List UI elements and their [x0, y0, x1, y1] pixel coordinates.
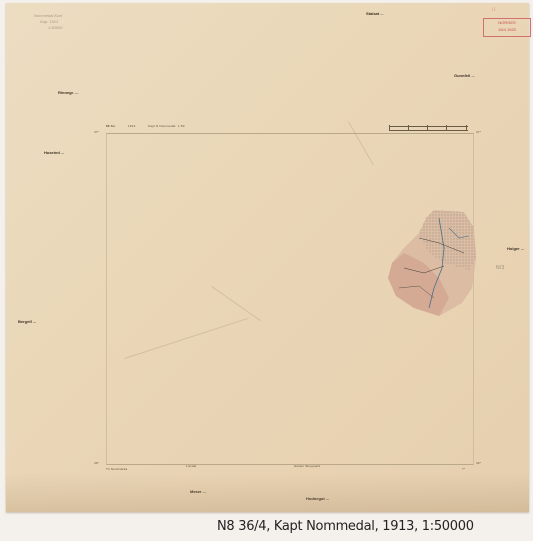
corner-label-top-right: 47° — [476, 130, 481, 134]
archive-stamp: NORGES 16/4 1920 — [483, 18, 531, 37]
neighbour-name-bottom-center: Hodnegut ... — [306, 496, 329, 501]
neighbour-name-left-upper: Huseind ... — [44, 150, 64, 155]
sheet-code: 1913 — [128, 124, 135, 128]
corner-label-bottom-right: 46° — [476, 461, 481, 465]
neighbour-name-top-left: Rinnegr. ... — [58, 90, 78, 95]
stamp-line: 16/4 1920 — [484, 26, 530, 33]
frame-label-bottom-right: 7° — [462, 467, 465, 471]
sheet-number: 86 Sv. — [106, 124, 116, 128]
map-sheet: Nommedal-Kart Kap. 1913 1:50000 [ ] Rinn… — [6, 3, 529, 512]
corner-label-top-left: 47° — [94, 130, 99, 134]
neighbour-name-top-right: Gunnfell ... — [454, 73, 475, 78]
sheet-caption: N8 36/4, Kapt Nommedal, 1913, 1:50000 — [217, 519, 474, 534]
neighbour-name-left-lower: Bergelf ... — [18, 319, 36, 324]
corner-label-bottom-left: 46° — [94, 461, 99, 465]
surveyed-area — [384, 208, 479, 318]
frame-label-bottom-center: Gulder Skogmark — [294, 464, 320, 468]
scale-bar — [389, 126, 468, 131]
frame-label-bottom-left: Til Nordmarka — [106, 467, 127, 471]
neighbour-name-right: Holger ... — [507, 246, 524, 251]
frame-label-bottom-mid: Lierdal — [186, 464, 196, 468]
pencil-note: Nommedal-Kart Kap. 1913 1:50000 — [34, 13, 62, 31]
stamp-line: NORGES — [484, 19, 530, 26]
map-annotation: N/3 — [496, 265, 504, 271]
sheet-author: Kapt N Nommedal — [148, 124, 176, 128]
neighbour-name-bottom-left: Meser ... — [190, 489, 206, 494]
pencil-note-line: 1:50000 — [34, 25, 62, 31]
neighbour-name-top-center: Stalsat ... — [366, 11, 384, 16]
archive-label: [ ] — [492, 6, 495, 11]
sheet-scale: 1:50 — [178, 124, 185, 128]
